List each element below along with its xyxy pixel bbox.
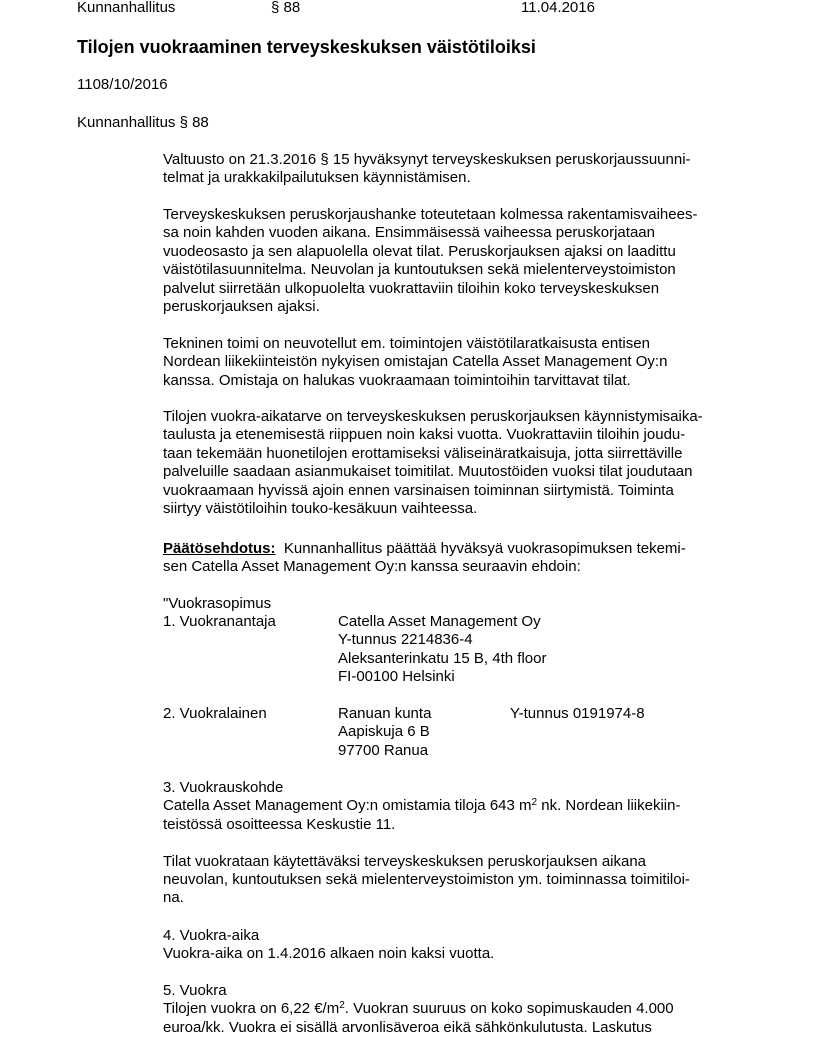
contract-heading: "Vuokrasopimus xyxy=(163,595,271,613)
landlord-label: 1. Vuokranantaja xyxy=(163,613,276,631)
text-fragment: Catella Asset Management Oy:n omistamia … xyxy=(163,797,532,814)
rental-period-label: 4. Vuokra-aika xyxy=(163,927,763,945)
text-line: taan tekemään huonetilojen erottamiseksi… xyxy=(163,445,763,463)
text-fragment: Tilojen vuokra on 6,22 €/m xyxy=(163,1000,339,1017)
document-title: Tilojen vuokraaminen terveyskeskuksen vä… xyxy=(77,37,536,58)
text-line: vuokraamaan hyvissä ajoin ennen varsinai… xyxy=(163,482,763,500)
tenant-business-id: Y-tunnus 0191974-8 xyxy=(510,705,645,723)
proposal-label: Päätösehdotus: xyxy=(163,540,276,557)
text-line: Vuokra-aika on 1.4.2016 alkaen noin kaks… xyxy=(163,945,763,963)
rental-period-section: 4. Vuokra-aika Vuokra-aika on 1.4.2016 a… xyxy=(163,927,763,964)
text-line: Tekninen toimi on neuvotellut em. toimin… xyxy=(163,335,763,353)
text-line: euroa/kk. Vuokra ei sisällä arvonlisäver… xyxy=(163,1019,763,1037)
text-line: vuodeosasto ja sen alapuolella olevat ti… xyxy=(163,243,763,261)
proposal-text: Kunnanhallitus päättää hyväksyä vuokraso… xyxy=(276,540,686,557)
paragraph-council-decision: Valtuusto on 21.3.2016 § 15 hyväksynyt t… xyxy=(163,151,763,188)
text-line: peruskorjauksen ajaksi. xyxy=(163,298,763,316)
tenant-name: Ranuan kunta xyxy=(338,705,431,723)
paragraph-renovation: Terveyskeskuksen peruskorjaushanke toteu… xyxy=(163,206,763,316)
landlord-city: FI-00100 Helsinki xyxy=(338,668,546,686)
text-line: sa noin kahden vuoden aikana. Ensimmäise… xyxy=(163,224,763,242)
text-line: palveluille saadaan asianmukaiset toimit… xyxy=(163,463,763,481)
landlord-street: Aleksanterinkatu 15 B, 4th floor xyxy=(338,650,546,668)
landlord-name: Catella Asset Management Oy xyxy=(338,613,546,631)
tenant-city: 97700 Ranua xyxy=(338,742,431,760)
text-line: väistötilasuunnitelma. Neuvolan ja kunto… xyxy=(163,261,763,279)
text-line: Tilat vuokrataan käytettäväksi terveyske… xyxy=(163,853,763,871)
proposal-text-line: sen Catella Asset Management Oy:n kanssa… xyxy=(163,558,763,576)
text-line: siirtyy väistötiloihin touko-kesäkuun va… xyxy=(163,500,763,518)
paragraph-rental-period-need: Tilojen vuokra-aikatarve on terveyskesku… xyxy=(163,408,763,518)
text-line: kanssa. Omistaja on halukas vuokraamaan … xyxy=(163,372,763,390)
text-line: teistössä osoitteessa Keskustie 11. xyxy=(163,816,763,834)
text-line: taulusta ja etenemisestä riippuen noin k… xyxy=(163,426,763,444)
text-line: neuvolan, kuntoutuksen sekä mielentervey… xyxy=(163,871,763,889)
landlord-business-id: Y-tunnus 2214836-4 xyxy=(338,631,546,649)
header-date: 11.04.2016 xyxy=(521,0,595,16)
meeting-reference: Kunnanhallitus § 88 xyxy=(77,114,209,131)
rental-object-label: 3. Vuokrauskohde xyxy=(163,779,763,797)
rent-section: 5. Vuokra Tilojen vuokra on 6,22 €/m2. V… xyxy=(163,982,763,1037)
rent-label: 5. Vuokra xyxy=(163,982,763,1000)
text-line: Tilojen vuokra-aikatarve on terveyskesku… xyxy=(163,408,763,426)
text-fragment: . Vuokran suuruus on koko sopimuskauden … xyxy=(345,1000,674,1017)
text-fragment: nk. Nordean liikekiin- xyxy=(537,797,680,814)
header-body: Kunnanhallitus xyxy=(77,0,175,16)
text-line: Terveyskeskuksen peruskorjaushanke toteu… xyxy=(163,206,763,224)
tenant-details: Ranuan kunta Aapiskuja 6 B 97700 Ranua xyxy=(338,705,431,760)
text-line: Valtuusto on 21.3.2016 § 15 hyväksynyt t… xyxy=(163,151,763,169)
decision-proposal: Päätösehdotus: Kunnanhallitus päättää hy… xyxy=(163,540,763,577)
rental-object-section: 3. Vuokrauskohde Catella Asset Managemen… xyxy=(163,779,763,908)
case-number: 1108/10/2016 xyxy=(77,76,168,93)
tenant-street: Aapiskuja 6 B xyxy=(338,723,431,741)
paragraph-negotiation: Tekninen toimi on neuvotellut em. toimin… xyxy=(163,335,763,390)
landlord-details: Catella Asset Management Oy Y-tunnus 221… xyxy=(338,613,546,687)
text-line: palvelut siirretään ulkopuolelta vuokrat… xyxy=(163,280,763,298)
text-line: Nordean liikekiinteistön nykyisen omista… xyxy=(163,353,763,371)
header-section: § 88 xyxy=(271,0,300,16)
text-line: na. xyxy=(163,889,763,907)
text-line: telmat ja urakkakilpailutuksen käynnistä… xyxy=(163,169,763,187)
tenant-label: 2. Vuokralainen xyxy=(163,705,267,723)
